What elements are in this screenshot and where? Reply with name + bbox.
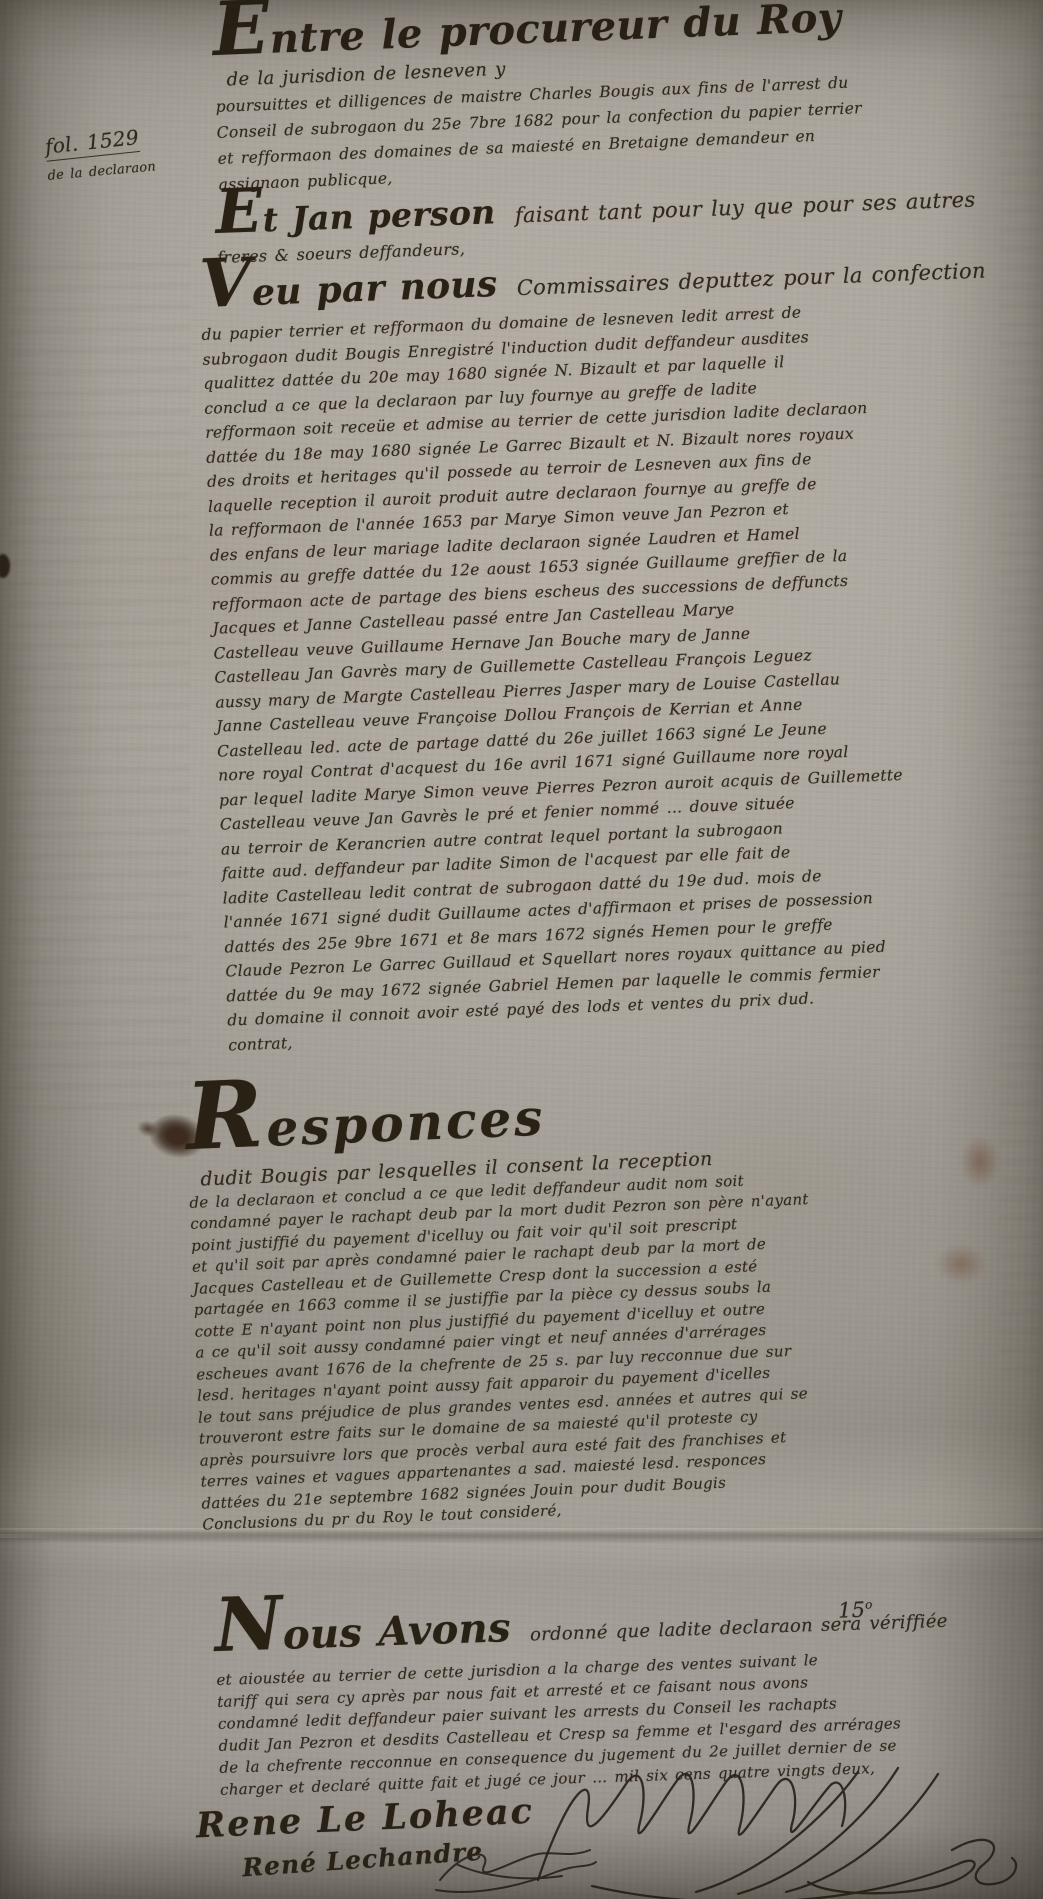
page-seam bbox=[0, 1528, 1043, 1544]
opening-lead: Entre le procureur du Roy bbox=[212, 0, 842, 68]
section-veu: Veu par nous Commissaires deputtez pour … bbox=[199, 234, 1043, 1057]
responces-body: de la declaraon et conclud a ce que ledi… bbox=[189, 1158, 1043, 1536]
section-responces: Responces dudit Bougis par lesquelles il… bbox=[185, 1058, 1043, 1536]
ordonnance-lead-rest: ordonné que ladite declaraon sera vériff… bbox=[530, 1611, 948, 1647]
margin-folio-note: fol. 1529 de la declaraon bbox=[44, 125, 157, 189]
veu-body: du papier terrier et refformaon du domai… bbox=[201, 291, 1043, 1057]
ordonnance-lead: Nous Avons bbox=[214, 1596, 512, 1669]
section-opening: Entre le procureur du Roy de la jurisdio… bbox=[212, 0, 1043, 198]
flourish-signature bbox=[520, 1762, 1030, 1899]
veu-lead-rest: Commissaires deputtez pour la confection bbox=[516, 258, 986, 300]
manuscript-photo: fol. 1529 de la declaraon Entre le procu… bbox=[0, 0, 1043, 1899]
